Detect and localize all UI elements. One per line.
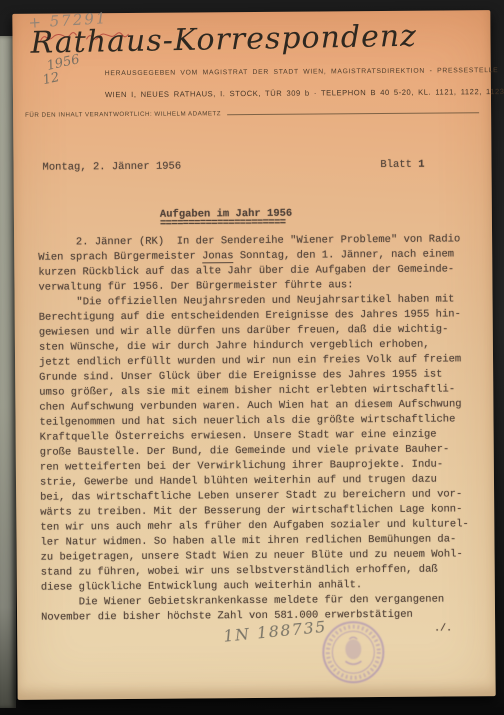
document-page: + 57291 1956 12 Rathaus-Korrespondenz HE… (12, 10, 495, 700)
continuation-mark: ./. (434, 623, 452, 634)
masthead-publisher-line: HERAUSGEGEBEN VOM MAGISTRAT DER STADT WI… (105, 67, 499, 77)
masthead-responsible-line: FÜR DEN INHALT VERANTWORTLICH: WILHELM A… (25, 110, 221, 119)
article-title-underline: ====================== (160, 217, 286, 230)
mayor-name-underlined: Jonas (202, 250, 234, 263)
masthead-responsible-row: FÜR DEN INHALT VERANTWORTLICH: WILHELM A… (25, 108, 479, 119)
pencil-issue-note: 12 (41, 70, 60, 88)
sheet-label: Blatt 1 (380, 159, 424, 171)
dateline-row: Montag, 2. Jänner 1956 Blatt 1 (42, 159, 424, 174)
library-stamp-icon (320, 619, 387, 686)
masthead-title: Rathaus-Korrespondenz (30, 19, 417, 61)
sheet-number: 1 (418, 159, 424, 171)
scan-background: + 57291 1956 12 Rathaus-Korrespondenz HE… (0, 0, 504, 715)
article-body: 2. Jänner (RK) In der Sendereihe "Wiener… (38, 232, 493, 626)
masthead-address-line: WIEN I, NEUES RATHAUS, I. STOCK, TÜR 309… (105, 87, 504, 99)
paragraph-2: "Die offiziellen Neujahrsreden und Neuja… (39, 293, 469, 593)
date-line: Montag, 2. Jänner 1956 (42, 161, 181, 174)
masthead-rule (227, 112, 479, 115)
